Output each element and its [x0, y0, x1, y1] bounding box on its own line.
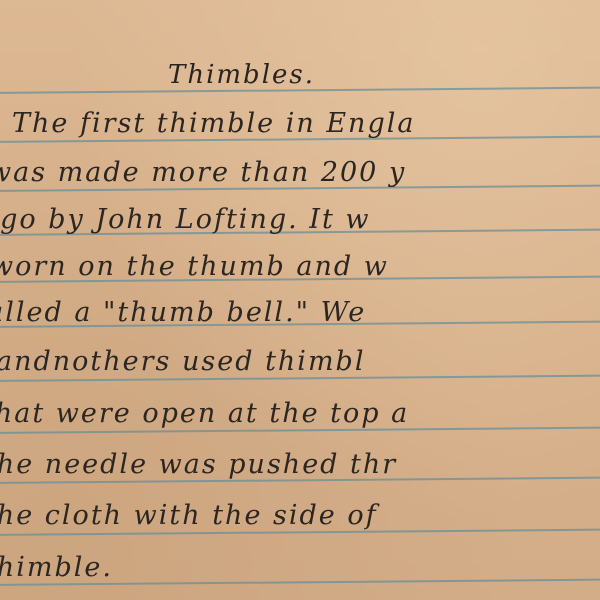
text-line: ago by John Lofting. It w	[0, 204, 371, 235]
text-line: The first thimble in Engla	[12, 108, 415, 139]
text-line: was made more than 200 y	[0, 157, 406, 188]
page-title: Thimbles.	[168, 60, 315, 90]
text-line: the needle was pushed thr	[0, 449, 397, 480]
text-line: the cloth with the side of	[0, 500, 378, 531]
text-line: andnothers used thimbl	[0, 346, 365, 377]
text-line: worn on the thumb and w	[0, 251, 389, 282]
text-line: that were open at the top a	[0, 398, 409, 429]
text-line: thimble.	[0, 552, 113, 583]
text-line: called a "thumb bell." We	[0, 297, 366, 328]
notebook-page: Thimbles. The first thimble in Engla was…	[0, 0, 600, 600]
